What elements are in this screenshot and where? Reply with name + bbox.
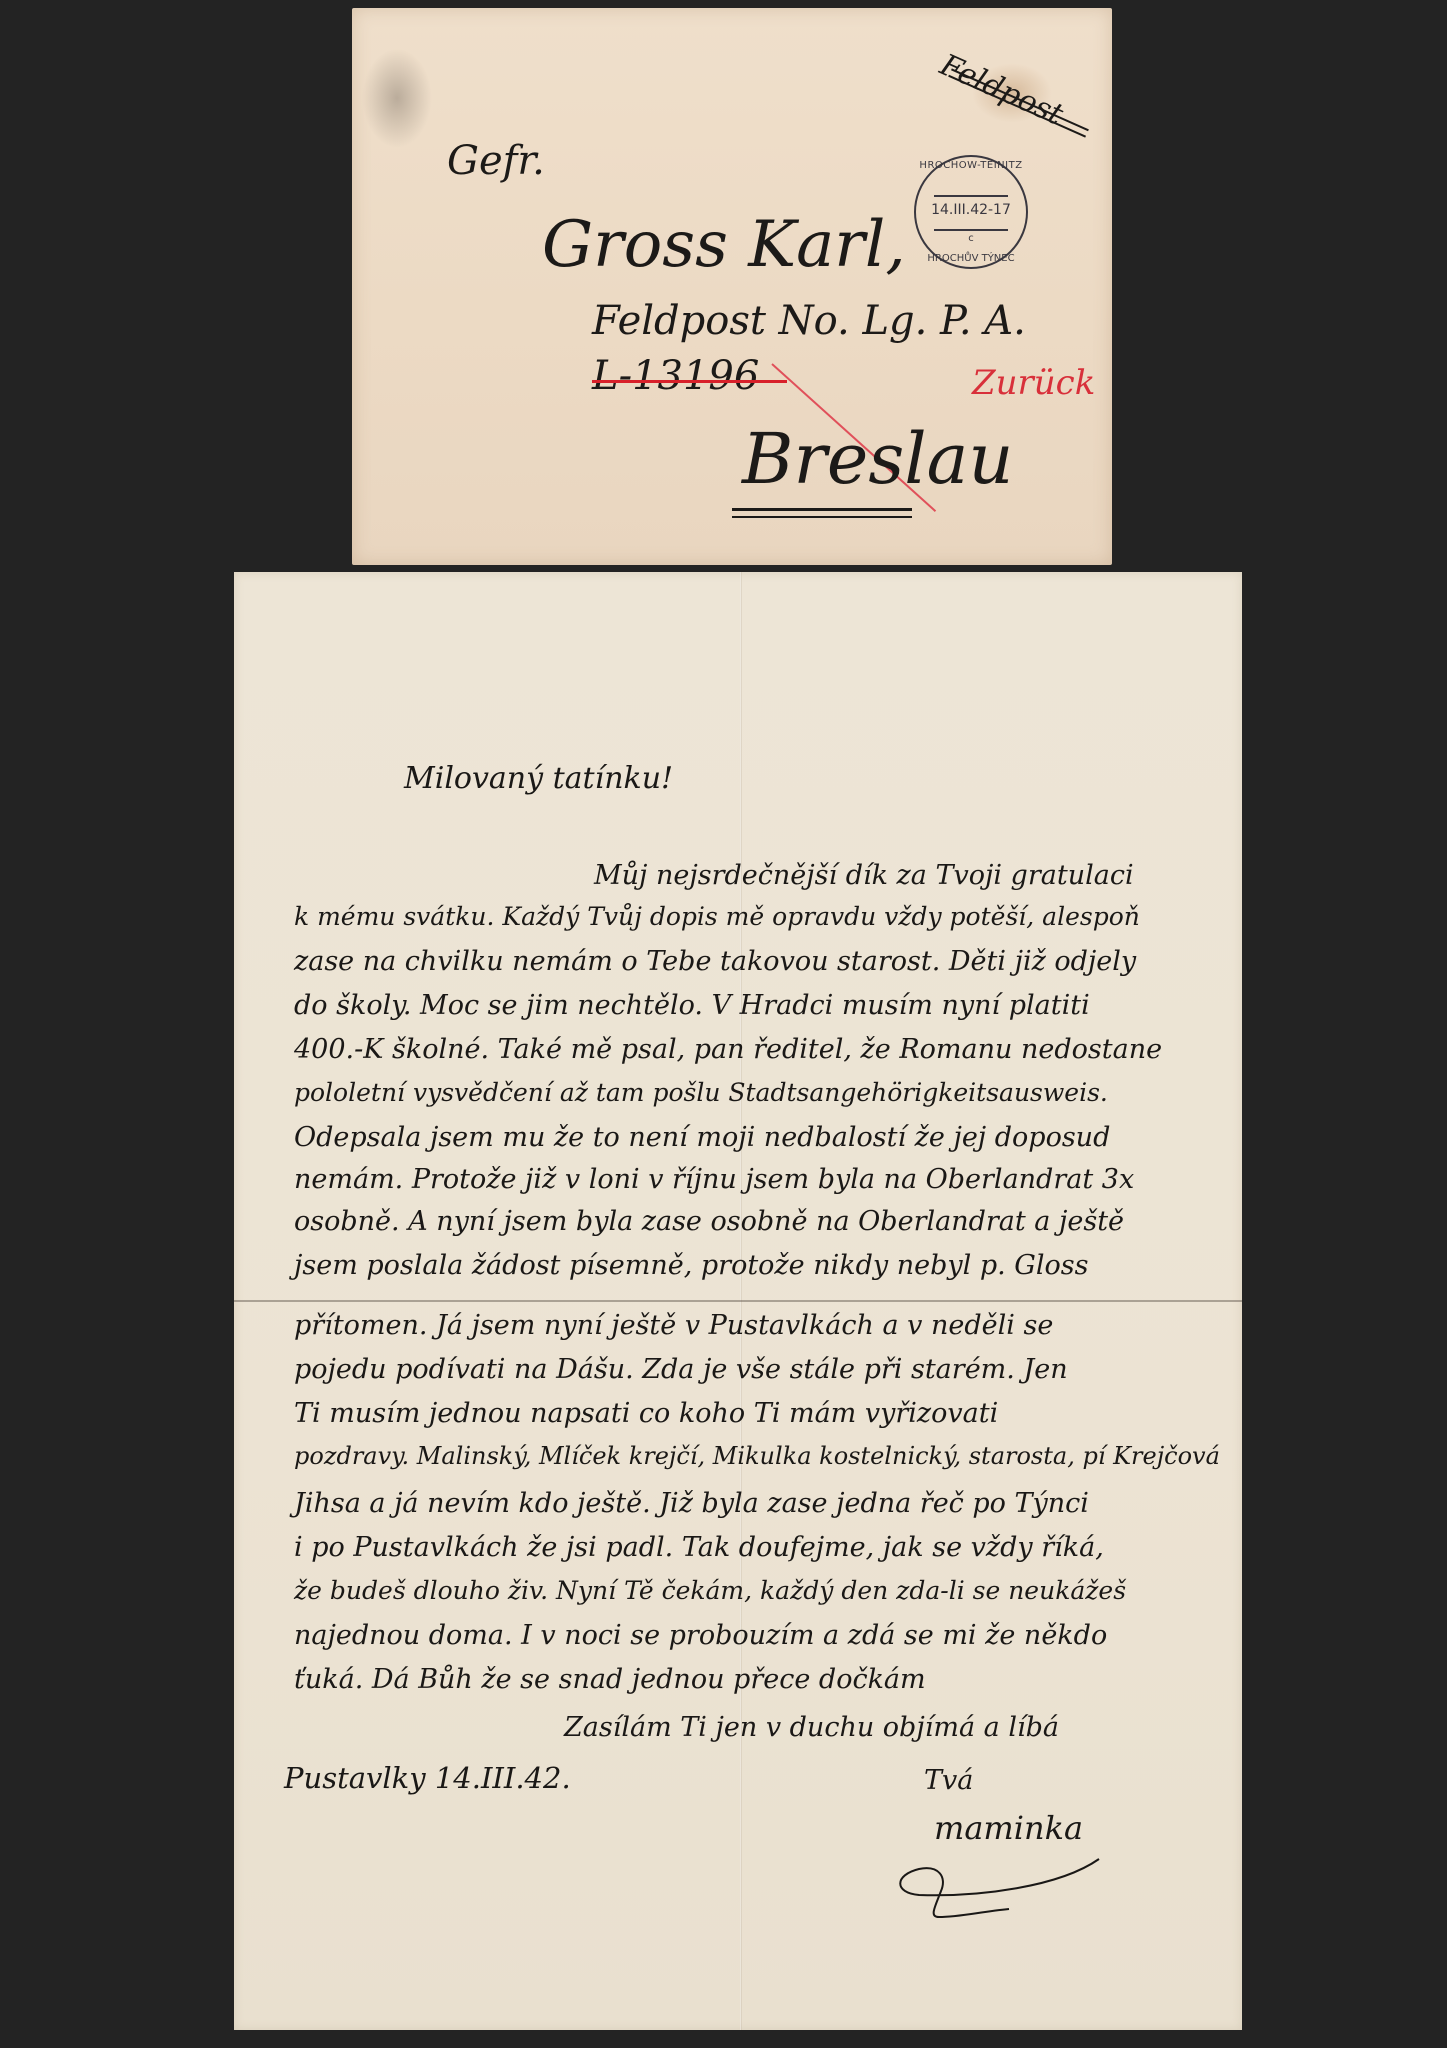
- letter-line: Můj nejsrdečnější dík za Tvoji gratulaci: [594, 862, 1134, 889]
- letter-line: pololetní vysvědčení až tam pošlu Stadts…: [294, 1080, 1108, 1105]
- postmark-top-text: HROCHOW-TEINITZ: [916, 160, 1026, 171]
- letter-line: Zasílám Ti jen v duchu objímá a líbá: [564, 1714, 1059, 1741]
- struck-feldpost-number: L-13196: [592, 353, 759, 399]
- letter-line: ťuká. Dá Bůh že se snad jednou přece doč…: [294, 1666, 926, 1693]
- letter-line: najednou doma. I v noci se probouzím a z…: [294, 1622, 1107, 1649]
- red-annotation: Zurück: [972, 363, 1095, 403]
- letter-line: pojedu podívati na Dášu. Zda je vše stál…: [294, 1356, 1068, 1383]
- postmark-bottom-text: HROCHŮV TÝNEC: [916, 253, 1026, 264]
- letter-signature: maminka: [934, 1812, 1083, 1844]
- recipient-city: Breslau: [742, 418, 1013, 500]
- feldpost-address: Feldpost No. Lg. P. A.: [592, 298, 1026, 344]
- letter-line: že budeš dlouho živ. Nyní Tě čekám, každ…: [294, 1578, 1126, 1603]
- letter-closing: Tvá: [924, 1767, 973, 1794]
- letter-line: do školy. Moc se jim nechtělo. V Hradci …: [294, 992, 1090, 1019]
- postmark-date: 14.III.42-17: [916, 202, 1026, 218]
- letter-line: pozdravy. Malinský, Mlíček krejčí, Mikul…: [294, 1444, 1220, 1468]
- city-underline: [732, 508, 912, 518]
- envelope: Feldpost Gefr. Gross Karl, Feldpost No. …: [352, 8, 1112, 565]
- letter-line: Jihsa a já nevím kdo ještě. Již byla zas…: [294, 1490, 1089, 1517]
- recipient-name: Gross Karl,: [542, 208, 906, 282]
- letter-greeting: Milovaný tatínku!: [404, 764, 673, 794]
- place-and-date: Pustavlky 14.III.42.: [284, 1764, 571, 1793]
- letter-line: zase na chvilku nemám o Tebe takovou sta…: [294, 948, 1136, 975]
- postmark-bar: [934, 195, 1008, 197]
- postmark-bar: [934, 229, 1008, 231]
- recipient-rank: Gefr.: [447, 138, 545, 184]
- letter-line: nemám. Protože již v loni v říjnu jsem b…: [294, 1166, 1134, 1193]
- letter-line: k mému svátku. Každý Tvůj dopis mě oprav…: [294, 904, 1140, 929]
- letter-line: přítomen. Já jsem nyní ještě v Pustavlká…: [294, 1312, 1053, 1339]
- envelope-smudge: [362, 48, 432, 148]
- postmark-letter: c: [916, 233, 1026, 244]
- letter-line: jsem poslala žádost písemně, protože nik…: [294, 1252, 1088, 1279]
- letter-line: Odepsala jsem mu že to není moji nedbalo…: [294, 1124, 1110, 1151]
- letter-line: i po Pustavlkách že jsi padl. Tak doufej…: [294, 1534, 1104, 1561]
- postmark-stamp: HROCHOW-TEINITZ 14.III.42-17 c HROCHŮV T…: [914, 155, 1028, 269]
- signature-flourish-icon: [889, 1857, 1109, 1927]
- letter-page: Milovaný tatínku! Můj nejsrdečnější dík …: [234, 572, 1242, 2030]
- red-strikethrough: [592, 380, 787, 383]
- horizontal-fold: [234, 1300, 1242, 1302]
- letter-line: 400.-K školné. Také mě psal, pan ředitel…: [294, 1036, 1162, 1063]
- letter-line: osobně. A nyní jsem byla zase osobně na …: [294, 1208, 1124, 1235]
- letter-line: Ti musím jednou napsati co koho Ti mám v…: [294, 1400, 998, 1427]
